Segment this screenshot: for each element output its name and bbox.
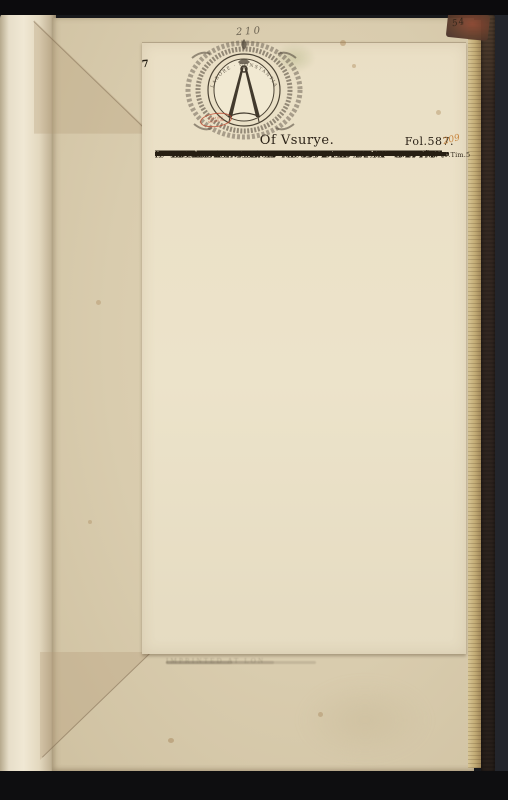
foxing-spot [168,738,174,743]
black-border-bottom [0,771,508,800]
text-line: Princes and estates to giue libertie vnt… [155,149,436,159]
foxing-spot [352,64,356,68]
foxing-spot [88,520,92,524]
stray-printed-mark: 7 [141,59,149,71]
black-border-top [0,0,508,15]
foxing-spot [318,712,323,717]
book-photograph: LABORE · CONSTANTIA BRITISH MUSEUM 7 Of … [0,0,508,800]
foxing-spot [340,40,346,46]
book-binding [481,12,495,776]
catchword: rye in [155,149,190,159]
paper-smudge [300,680,430,760]
illegible-line [166,661,232,664]
printed-leaf: LABORE · CONSTANTIA BRITISH MUSEUM 7 Of … [142,42,466,654]
foxing-spot [96,300,101,305]
foxing-spot [436,110,441,115]
